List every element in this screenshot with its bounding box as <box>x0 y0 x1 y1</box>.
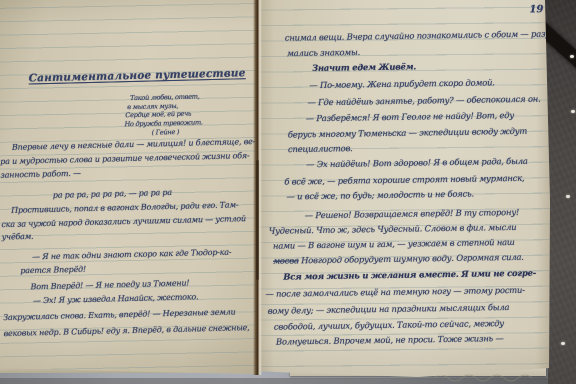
handwriting-line: мались знакомы. <box>287 47 360 58</box>
struck-out-word: мосва <box>273 255 299 265</box>
handwriting-line: рается Вперёд! <box>20 265 86 277</box>
handwriting-line: Сердце моё, ей речь <box>125 110 191 120</box>
right-page: 19 снимал вещи. Вчера случайно познакоми… <box>258 0 550 378</box>
handwriting-line: ( Гейне ) <box>152 128 180 137</box>
handwriting-line: учёбам. <box>2 232 34 243</box>
handwriting-line: Такой любви, ответ, <box>130 92 200 102</box>
lint-speck <box>566 195 570 198</box>
lint-speck <box>561 342 565 345</box>
notebook-photo: Сантиментальное путешествиеТакой любви, … <box>0 0 576 384</box>
handwriting-line: специалистов. <box>288 143 353 154</box>
handwriting-line: Значит едем Живём. <box>312 61 416 73</box>
left-page: Сантиментальное путешествиеТакой любви, … <box>0 0 258 374</box>
lint-speck <box>571 110 575 113</box>
page-number: 19 <box>529 4 543 15</box>
handwriting-line: занность работ. — <box>0 169 81 181</box>
notebook-gutter <box>253 0 262 375</box>
lint-speck <box>570 55 574 58</box>
